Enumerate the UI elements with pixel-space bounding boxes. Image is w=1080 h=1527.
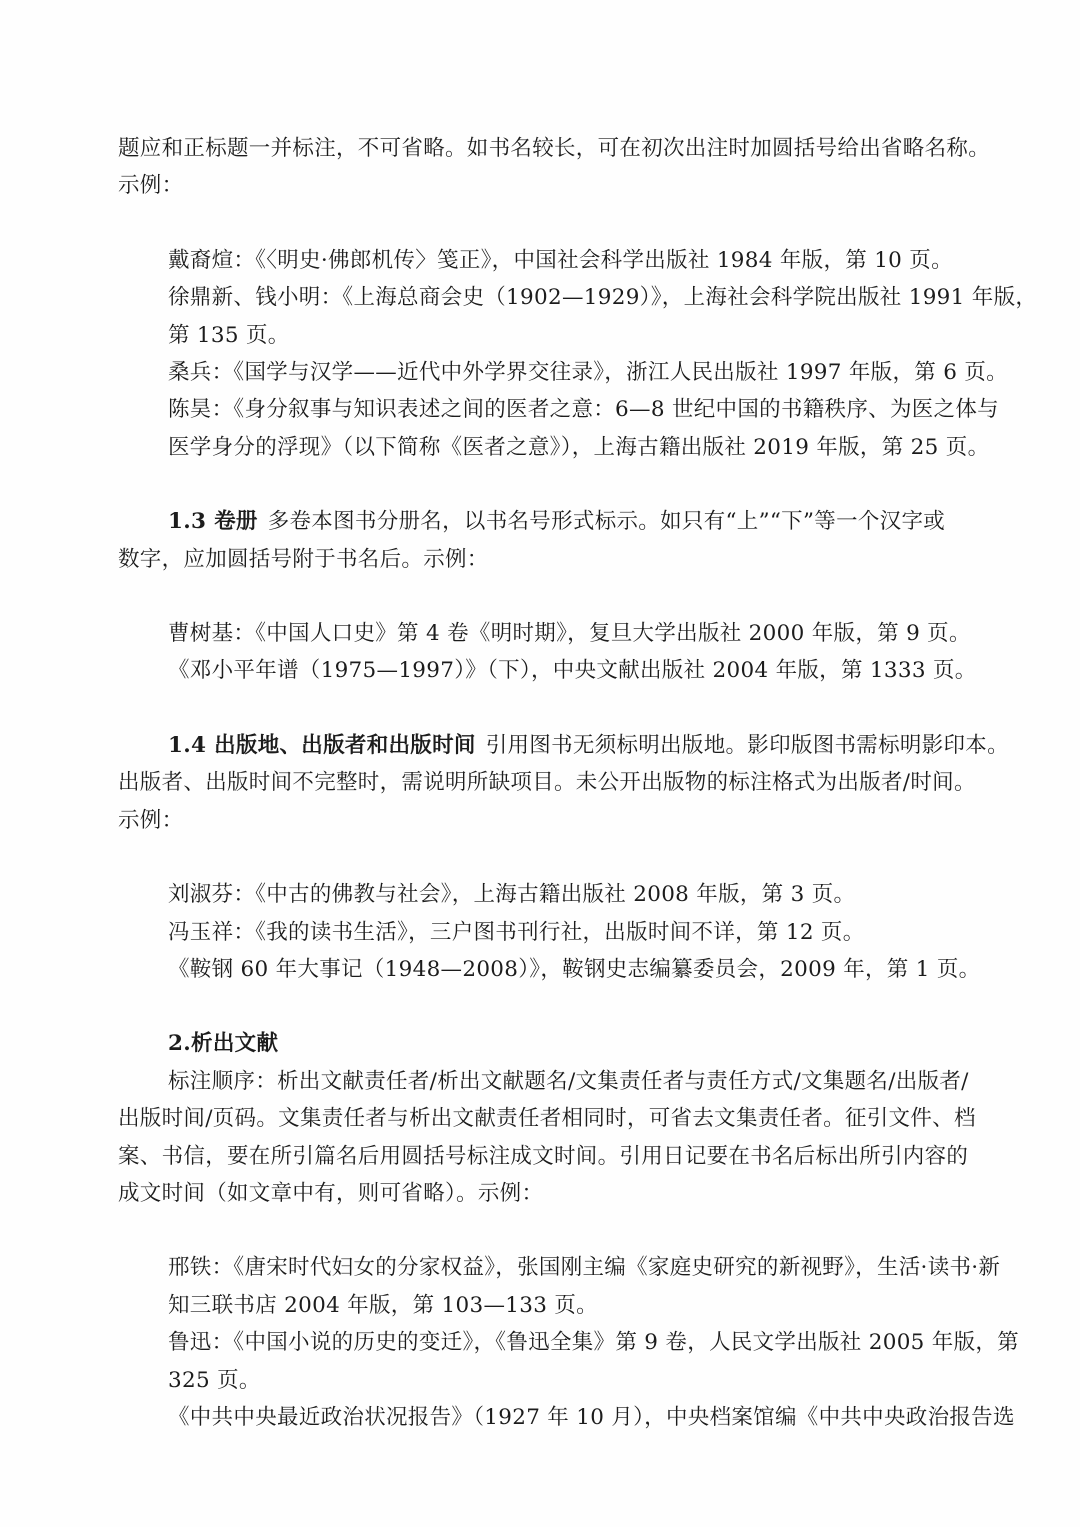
section-1-4-label: 1.4 出版地、出版者和出版时间 [168,733,476,758]
section-1-4-text: 引用图书无须标明出版地。影印版图书需标明影印本。 [486,733,1009,758]
example-citation-line: 曹树基：《中国人口史》第 4 卷《明时期》，复旦大学出版社 2000 年版，第 … [118,615,998,652]
example-citation-line: 刘淑芬：《中古的佛教与社会》，上海古籍出版社 2008 年版，第 3 页。 [118,876,998,913]
example-citation-line: 邢铁：《唐宋时代妇女的分家权益》，张国刚主编《家庭史研究的新视野》，生活·读书·… [118,1249,998,1286]
body-text-line: 出版时间/页码。文集责任者与析出文献责任者相同时，可省去文集责任者。征引文件、档 [118,1100,998,1137]
example-citation-line: 《中共中央最近政治状况报告》（1927 年 10 月），中央档案馆编《中共中央政… [118,1399,998,1436]
blank-line [118,1212,998,1249]
body-text-line: 成文时间（如文章中有，则可省略）。示例： [118,1175,998,1212]
example-citation-line: 冯玉祥：《我的读书生活》，三户图书刊行社，出版时间不详，第 12 页。 [118,914,998,951]
example-intro-line: 示例： [118,802,998,839]
blank-line [118,988,998,1025]
blank-line [118,466,998,503]
blank-line [118,690,998,727]
example-citation-line: 知三联书店 2004 年版，第 103—133 页。 [118,1287,998,1324]
example-citation-line: 桑兵：《国学与汉学——近代中外学界交往录》，浙江人民出版社 1997 年版，第 … [118,354,998,391]
example-citation-line: 《邓小平年谱（1975—1997）》（下），中央文献出版社 2004 年版，第 … [118,652,998,689]
section-1-3-text: 多卷本图书分册名，以书名号形式标示。如只有“上”“下”等一个汉字或 [268,509,945,534]
example-citation-line: 戴裔煊：《〈明史·佛郎机传〉笺正》，中国社会科学出版社 1984 年版，第 10… [118,242,998,279]
body-text-line: 题应和正标题一并标注，不可省略。如书名较长，可在初次出注时加圆括号给出省略名称。 [118,130,998,167]
document-page: 题应和正标题一并标注，不可省略。如书名较长，可在初次出注时加圆括号给出省略名称。… [0,0,1080,1527]
blank-line [118,205,998,242]
example-citation-line: 鲁迅：《中国小说的历史的变迁》，《鲁迅全集》第 9 卷，人民文学出版社 2005… [118,1324,998,1361]
section-1-3-label: 1.3 卷册 [168,509,258,534]
body-text-line: 标注顺序：析出文献责任者/析出文献题名/文集责任者与责任方式/文集题名/出版者/ [118,1063,998,1100]
example-citation-line: 陈昊：《身分叙事与知识表述之间的医者之意：6—8 世纪中国的书籍秩序、为医之体与 [118,391,998,428]
document-text-block: 题应和正标题一并标注，不可省略。如书名较长，可在初次出注时加圆括号给出省略名称。… [118,130,998,1436]
example-citation-line: 325 页。 [118,1362,998,1399]
example-citation-line: 《鞍钢 60 年大事记（1948—2008）》，鞍钢史志编纂委员会，2009 年… [118,951,998,988]
example-citation-line: 第 135 页。 [118,317,998,354]
section-1-3-heading-line: 1.3 卷册多卷本图书分册名，以书名号形式标示。如只有“上”“下”等一个汉字或 [118,503,998,540]
body-text-line: 数字，应加圆括号附于书名后。示例： [118,541,998,578]
blank-line [118,578,998,615]
example-citation-line: 徐鼎新、钱小明：《上海总商会史（1902—1929）》，上海社会科学院出版社 1… [118,279,998,316]
example-intro-line: 示例： [118,167,998,204]
example-citation-line: 医学身分的浮现》（以下简称《医者之意》），上海古籍出版社 2019 年版，第 2… [118,429,998,466]
body-text-line: 案、书信，要在所引篇名后用圆括号标注成文时间。引用日记要在书名后标出所引内容的 [118,1138,998,1175]
section-1-4-heading-line: 1.4 出版地、出版者和出版时间引用图书无须标明出版地。影印版图书需标明影印本。 [118,727,998,764]
section-2-heading: 2.析出文献 [118,1025,998,1062]
body-text-line: 出版者、出版时间不完整时，需说明所缺项目。未公开出版物的标注格式为出版者/时间。 [118,764,998,801]
blank-line [118,839,998,876]
